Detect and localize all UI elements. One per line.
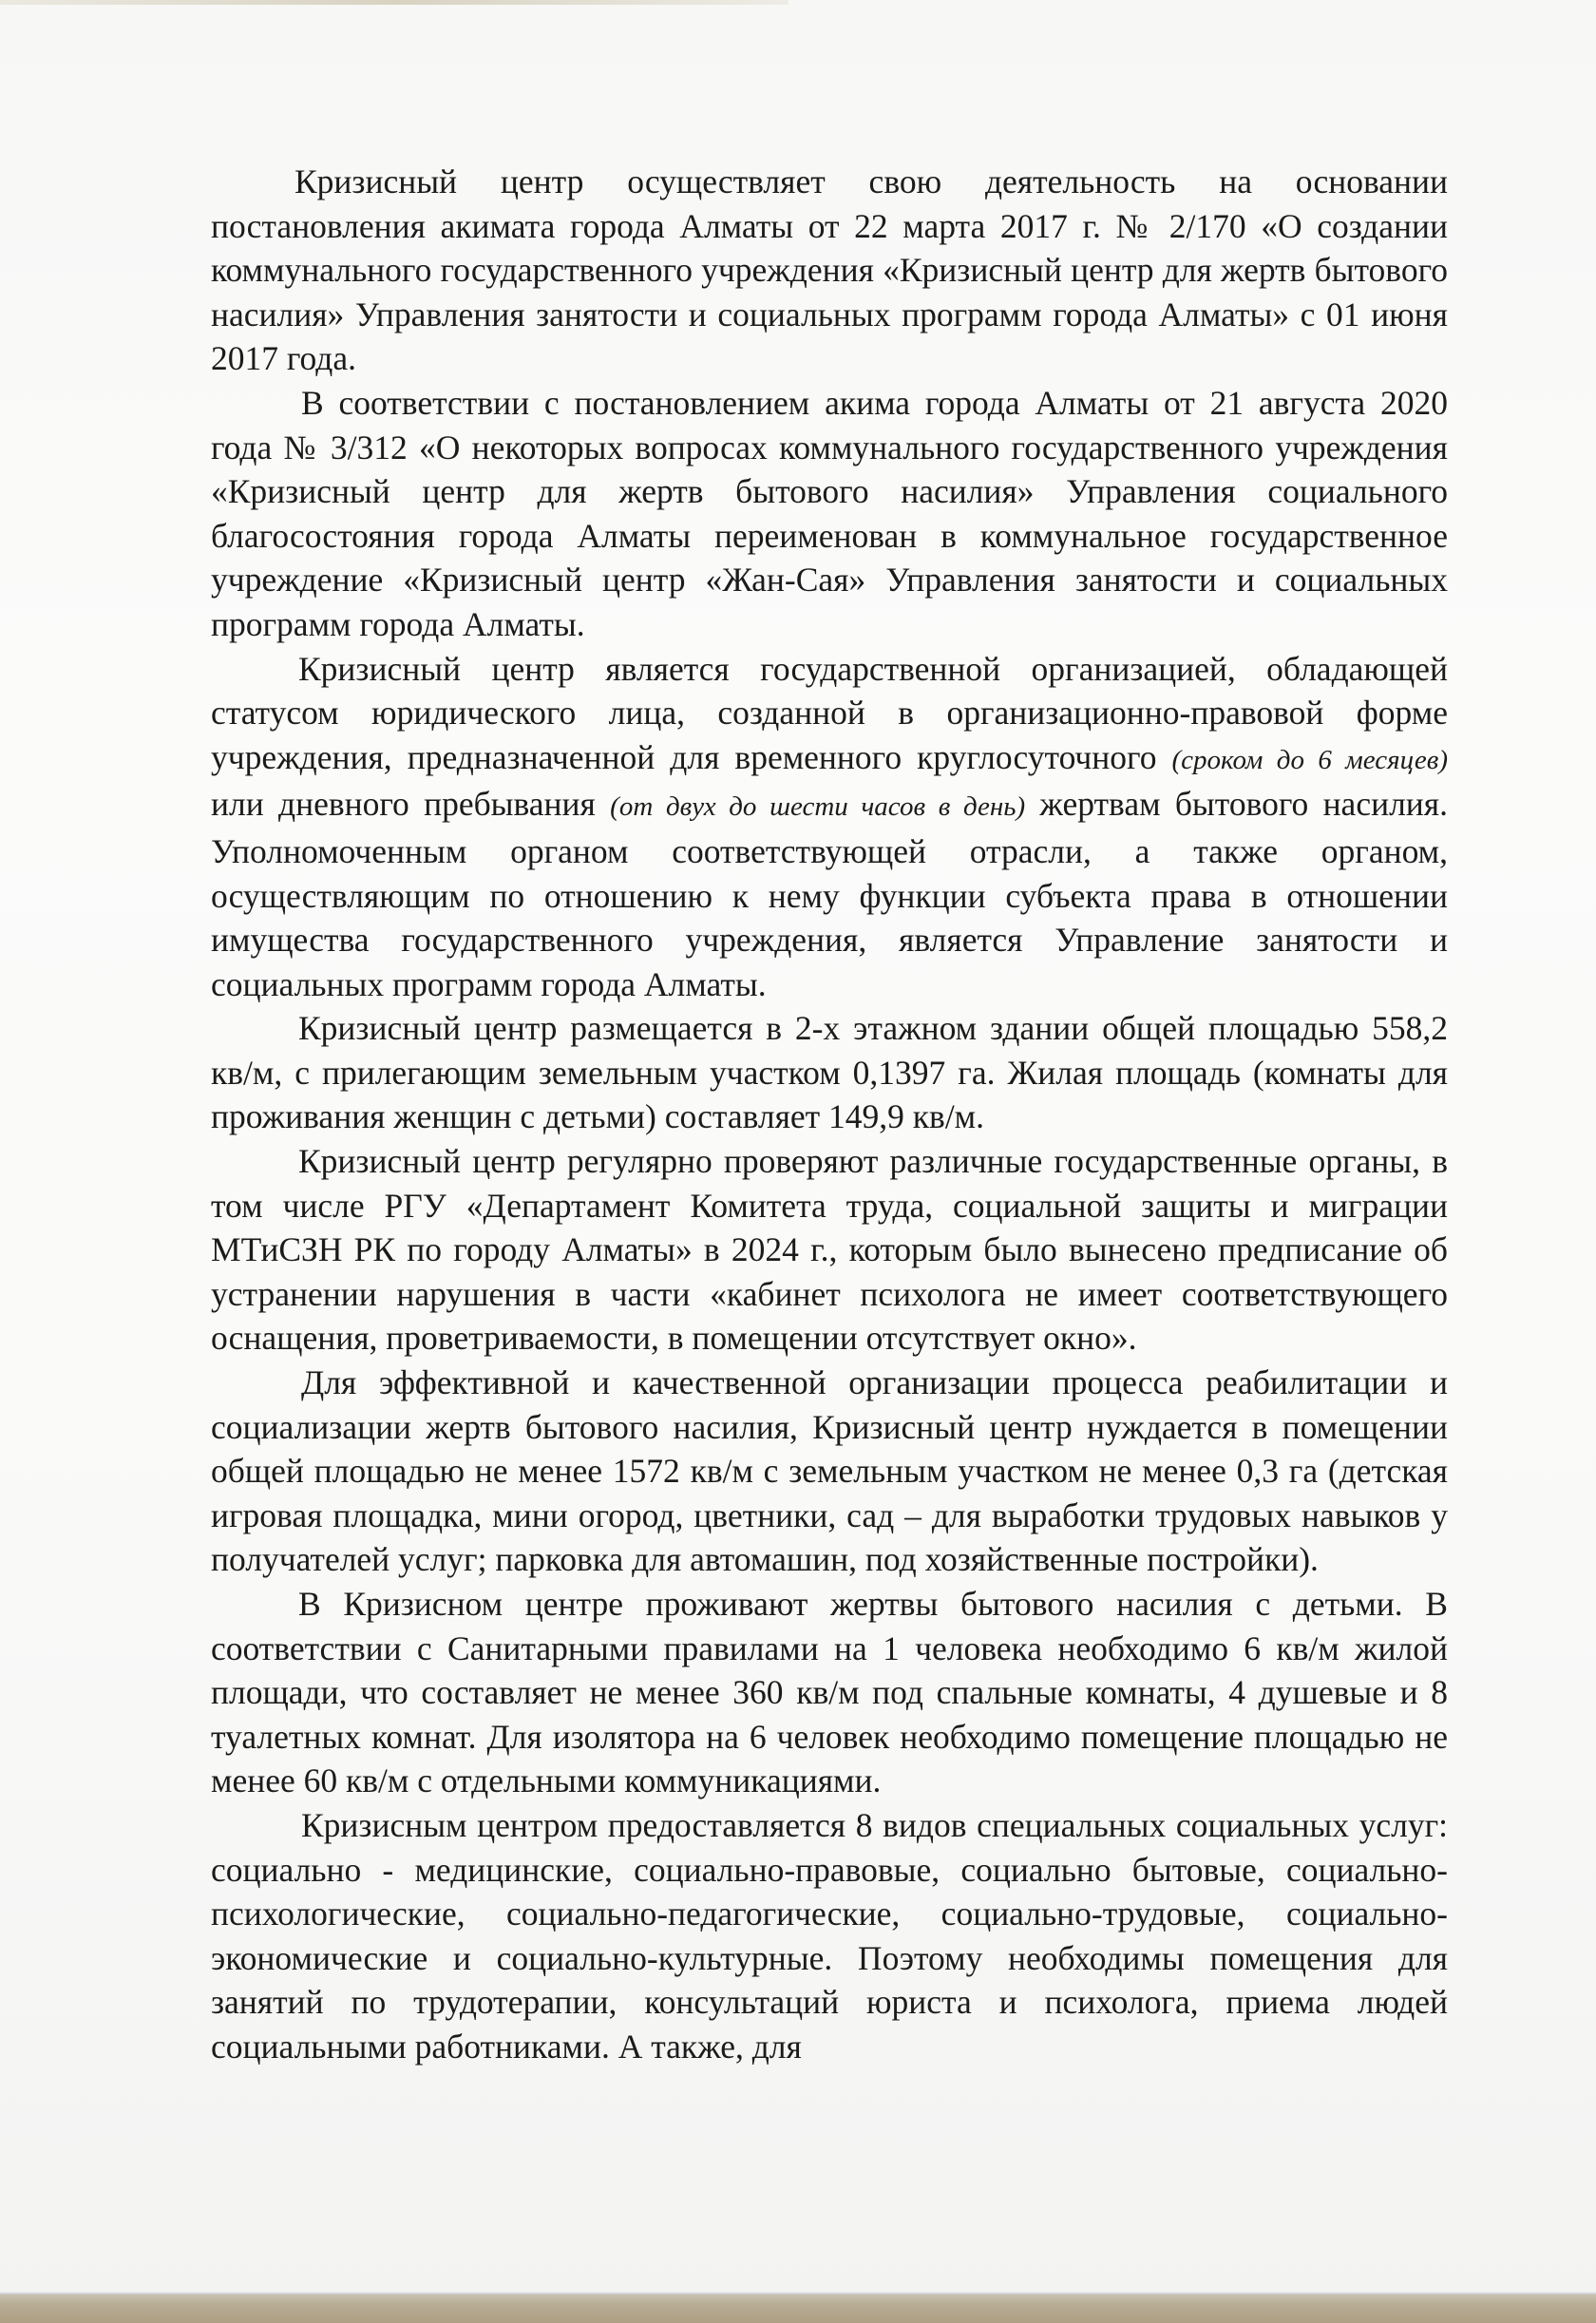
paragraph-text: Для эффективной и качественной организац… (211, 1363, 1448, 1578)
paragraph-inspections: Кризисный центр регулярно проверяют разл… (211, 1139, 1448, 1361)
page-top-edge-shadow (0, 0, 788, 5)
paragraph-text: или дневного пребывания (211, 785, 610, 823)
paragraph-text: Кризисный центр размещается в 2-х этажно… (211, 1009, 1448, 1135)
paragraph-text: Кризисным центром предоставляется 8 видо… (211, 1806, 1448, 2066)
paragraph-italic-note: (сроком до 6 месяцев) (1172, 745, 1448, 775)
paragraph-status: Кризисный центр является государственной… (211, 647, 1448, 1007)
paragraph-services: Кризисным центром предоставляется 8 видо… (211, 1803, 1448, 2069)
paragraph-text: В Кризисном центре проживают жертвы быто… (211, 1585, 1448, 1799)
desk-surface (0, 2294, 1596, 2323)
paragraph-space-needs: Для эффективной и качественной организац… (211, 1361, 1448, 1582)
document-page: Кризисный центр осуществляет свою деятел… (0, 0, 1596, 2297)
paragraph-building: Кризисный центр размещается в 2-х этажно… (211, 1006, 1448, 1139)
paragraph-text: В соответствии с постановлением акима го… (211, 384, 1448, 643)
paragraph-text: Кризисный центр регулярно проверяют разл… (211, 1142, 1448, 1357)
paragraph-sanitary-rules: В Кризисном центре проживают жертвы быто… (211, 1582, 1448, 1803)
paragraph-italic-note: (от двух до шести часов в день) (610, 791, 1025, 822)
paragraph-legal-basis: Кризисный центр осуществляет свою деятел… (211, 160, 1448, 381)
paragraph-renaming: В соответствии с постановлением акима го… (211, 381, 1448, 647)
document-body: Кризисный центр осуществляет свою деятел… (211, 160, 1448, 2069)
paragraph-text: Кризисный центр осуществляет свою деятел… (211, 162, 1448, 377)
